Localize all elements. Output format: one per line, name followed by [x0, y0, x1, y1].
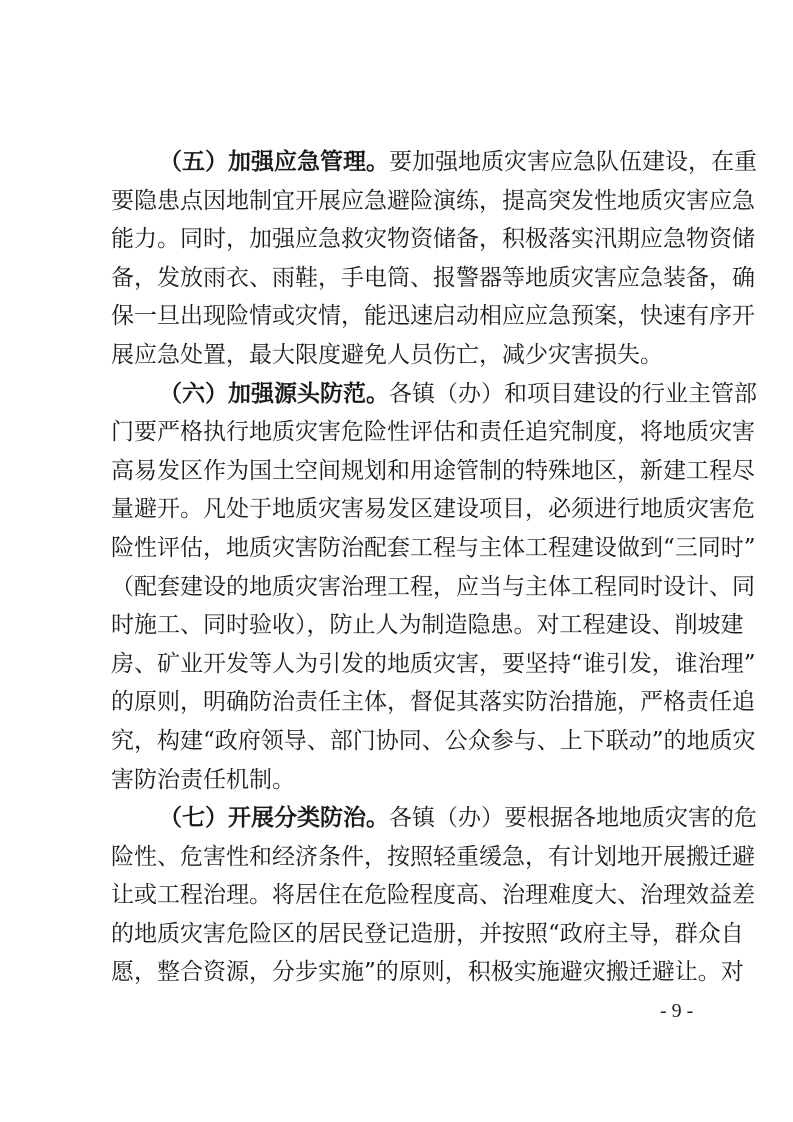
- paragraph-line: 保一旦出现险情或灾情，能迅速启动相应应急预案，快速有序开: [111, 297, 694, 336]
- page-number: - 9 -: [660, 1000, 693, 1023]
- paragraph-source-prevention: （六）加强源头防范。各镇（办）和项目建设的行业主管部 门要严格执行地质灾害危险性…: [111, 375, 694, 800]
- paragraph-line: 险性、危害性和经济条件，按照轻重缓急，有计划地开展搬迁避: [111, 838, 694, 877]
- paragraph-line: 备，发放雨衣、雨鞋，手电筒、报警器等地质灾害应急装备，确: [111, 259, 694, 298]
- paragraph-line: 房、矿业开发等人为引发的地质灾害，要坚持“谁引发，谁治理”: [111, 645, 694, 684]
- paragraph-classified-prevention: （七）开展分类防治。各镇（办）要根据各地地质灾害的危 险性、危害性和经济条件，按…: [111, 799, 694, 992]
- section-heading: （五）加强应急管理。: [159, 149, 389, 175]
- paragraph-line: （七）开展分类防治。各镇（办）要根据各地地质灾害的危: [111, 799, 694, 838]
- section-heading: （六）加强源头防范。: [159, 381, 389, 407]
- paragraph-line: 展应急处置，最大限度避免人员伤亡，减少灾害损失。: [111, 336, 694, 375]
- paragraph-line: 门要严格执行地质灾害危险性评估和责任追究制度，将地质灾害: [111, 413, 694, 452]
- paragraph-line: （五）加强应急管理。要加强地质灾害应急队伍建设，在重: [111, 143, 694, 182]
- paragraph-line: 险性评估，地质灾害防治配套工程与主体工程建设做到“三同时”: [111, 529, 694, 568]
- paragraph-line: 的原则，明确防治责任主体，督促其落实防治措施，严格责任追: [111, 683, 694, 722]
- paragraph-line: 究，构建“政府领导、部门协同、公众参与、上下联动”的地质灾: [111, 722, 694, 761]
- paragraph-line: 害防治责任机制。: [111, 761, 694, 800]
- paragraph-line: 时施工、同时验收），防止人为制造隐患。对工程建设、削坡建: [111, 606, 694, 645]
- document-body: （五）加强应急管理。要加强地质灾害应急队伍建设，在重 要隐患点因地制宜开展应急避…: [111, 143, 694, 992]
- paragraph-line: 愿，整合资源，分步实施”的原则，积极实施避灾搬迁避让。对: [111, 953, 694, 992]
- paragraph-line: 量避开。凡处于地质灾害易发区建设项目，必须进行地质灾害危: [111, 490, 694, 529]
- paragraph-line: （六）加强源头防范。各镇（办）和项目建设的行业主管部: [111, 375, 694, 414]
- paragraph-line: 高易发区作为国土空间规划和用途管制的特殊地区，新建工程尽: [111, 452, 694, 491]
- paragraph-line: （配套建设的地质灾害治理工程，应当与主体工程同时设计、同: [111, 568, 694, 607]
- paragraph-line: 能力。同时，加强应急救灾物资储备，积极落实汛期应急物资储: [111, 220, 694, 259]
- paragraph-line: 让或工程治理。将居住在危险程度高、治理难度大、治理效益差: [111, 876, 694, 915]
- paragraph-line: 的地质灾害危险区的居民登记造册，并按照“政府主导，群众自: [111, 915, 694, 954]
- paragraph-line: 要隐患点因地制宜开展应急避险演练，提高突发性地质灾害应急: [111, 182, 694, 221]
- section-heading: （七）开展分类防治。: [159, 805, 389, 831]
- paragraph-emergency-management: （五）加强应急管理。要加强地质灾害应急队伍建设，在重 要隐患点因地制宜开展应急避…: [111, 143, 694, 375]
